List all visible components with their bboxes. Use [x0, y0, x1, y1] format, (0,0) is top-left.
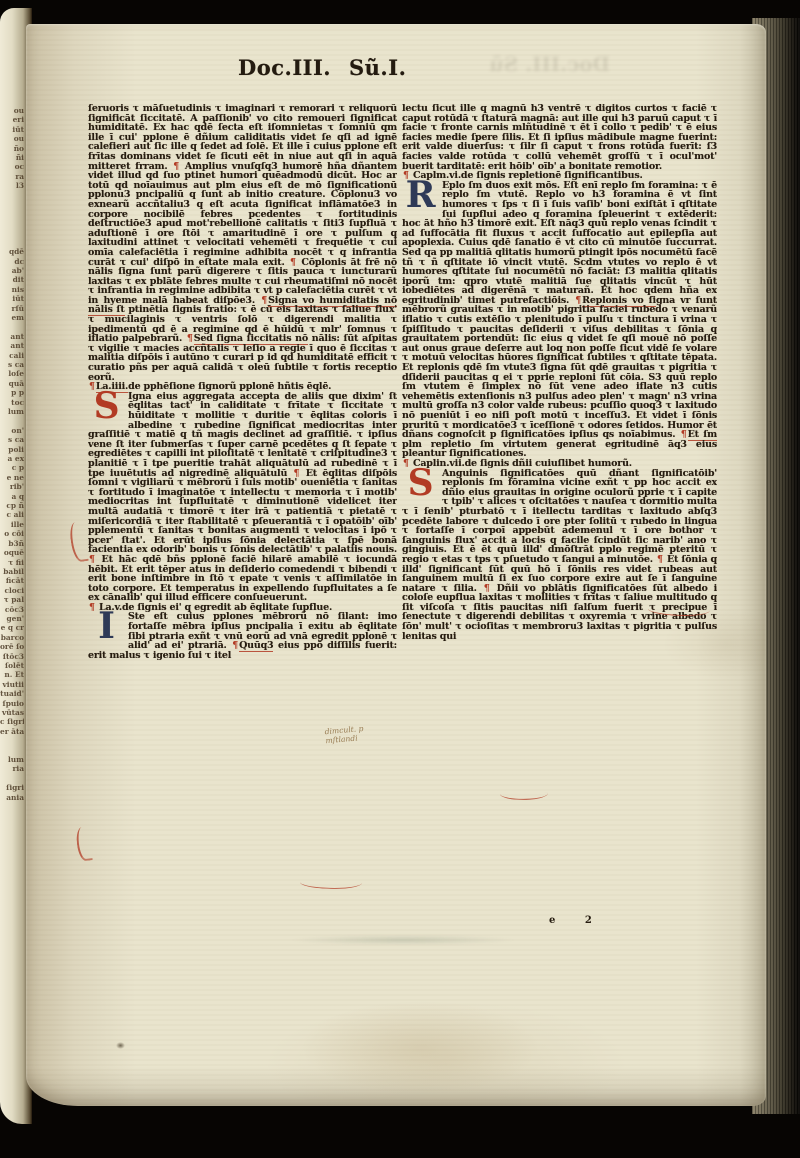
pilcrow-mark: ¶: [88, 602, 96, 613]
fragment-line: orē ſo: [0, 642, 24, 651]
fragment-line: ño: [0, 144, 24, 153]
fragment-line: babil: [0, 567, 24, 576]
fragment-line: [0, 209, 24, 218]
fragment-line: ra: [0, 172, 24, 181]
fragment-line: c ali: [0, 510, 24, 519]
fragment-line: [0, 191, 24, 200]
fragment-line: [0, 746, 24, 755]
fragment-line: a q: [0, 492, 24, 501]
fragment-line: oc: [0, 162, 24, 171]
fragment-line: ficāt: [0, 576, 24, 585]
left-edge-text-fragments: oueriiūtouñoñiocral3qdēdcab'ditnisiūtrſū…: [0, 106, 24, 802]
fragment-line: viutii: [0, 680, 24, 689]
fragment-line: e q cr: [0, 623, 24, 632]
lombardic-initial: I: [88, 613, 125, 641]
lombardic-initial: S: [402, 470, 439, 498]
fragment-line: [0, 416, 24, 425]
text-column-left: ſeruoris τ māſuetudinis τ imaginari τ re…: [88, 104, 397, 916]
fragment-line: ſigri: [0, 783, 24, 792]
fragment-line: a ex: [0, 454, 24, 463]
fragment-line: ſpuio: [0, 699, 24, 708]
fragment-line: iūt: [0, 294, 24, 303]
pilcrow-mark: ¶: [231, 640, 239, 651]
fragment-line: cali: [0, 351, 24, 360]
fragment-line: ania: [0, 793, 24, 802]
fragment-line: gen': [0, 614, 24, 623]
fragment-line: toc: [0, 398, 24, 407]
body-text-run: plm repletio ſm virtutem generat egritud…: [402, 439, 717, 460]
text-block: lectu ſicut ille q magnū h3 ventrē τ dig…: [402, 104, 717, 171]
fragment-line: [0, 219, 24, 228]
fragment-line: [0, 774, 24, 783]
fragment-line: lum: [0, 407, 24, 416]
fragment-line: cp ñ: [0, 501, 24, 510]
fragment-line: s ca: [0, 435, 24, 444]
body-text-run: Igna eius aggregata accepta de aliis que…: [88, 391, 397, 479]
body-text-run: lectu ſicut ille q magnū h3 ventrē τ dig…: [402, 104, 717, 172]
text-column-right: lectu ſicut ille q magnū h3 ventrē τ dig…: [402, 104, 717, 916]
stain: [300, 1000, 540, 1095]
fragment-line: τ pal: [0, 595, 24, 604]
fragment-line: ñi: [0, 153, 24, 162]
lombardic-initial: S: [88, 393, 125, 421]
fragment-line: τ fii: [0, 558, 24, 567]
fragment-line: o cōi: [0, 529, 24, 538]
fragment-line: cloci: [0, 586, 24, 595]
fragment-line: poli: [0, 445, 24, 454]
fragment-line: ou: [0, 106, 24, 115]
fragment-line: nis: [0, 285, 24, 294]
fragment-line: on': [0, 426, 24, 435]
fragment-line: quā: [0, 379, 24, 388]
text-block: SIgna eius aggregata accepta de aliis qu…: [88, 392, 397, 603]
fragment-line: dit: [0, 275, 24, 284]
running-header-doc: Doc.III.: [238, 55, 331, 80]
fragment-line: [0, 238, 24, 247]
stain: [116, 1042, 125, 1049]
fragment-line: c ſigri: [0, 717, 24, 726]
fragment-line: dc: [0, 257, 24, 266]
fragment-line: b3ñ: [0, 539, 24, 548]
rubricated-text: La.iiii.: [96, 381, 128, 393]
running-header-summa: Sũ.I.: [349, 55, 406, 80]
fragment-line: rib': [0, 482, 24, 491]
pilcrow-mark: ¶: [88, 381, 96, 392]
fragment-line: l3: [0, 181, 24, 190]
fragment-line: ou: [0, 134, 24, 143]
fragment-line: barco: [0, 633, 24, 642]
fragment-line: ant: [0, 341, 24, 350]
body-text-run: Et hāc qdē bñs pplonē faciē hilarē amabi…: [88, 554, 397, 603]
body-text-run: Amplius vnuſqſq3 humorē hña dñantem vide…: [88, 161, 397, 268]
ghost-show-through: Doc.III. Sũ: [420, 52, 610, 76]
fragment-line: qdē: [0, 247, 24, 256]
fragment-line: rſū: [0, 304, 24, 313]
fragment-line: loſe: [0, 369, 24, 378]
fragment-line: [0, 228, 24, 237]
fragment-line: eri: [0, 115, 24, 124]
fragment-line: er āta: [0, 727, 24, 736]
text-block: ſeruoris τ māſuetudinis τ imaginari τ re…: [88, 104, 397, 382]
lombardic-initial: R: [402, 182, 439, 210]
body-text-run: Et ēqlitas diſpōis ſomni τ vigiliarũ τ m…: [88, 468, 397, 556]
fragment-line: vūtas: [0, 708, 24, 717]
fragment-line: c p: [0, 463, 24, 472]
text-block: REplo ſm duos exit mōs. Eſt enī replo ſm…: [402, 181, 717, 459]
fragment-line: iūt: [0, 125, 24, 134]
fragment-line: lum: [0, 755, 24, 764]
fragment-line: ſolēt: [0, 661, 24, 670]
fragment-line: e ne: [0, 473, 24, 482]
pilcrow-mark: ¶: [402, 170, 410, 181]
fragment-line: ille: [0, 520, 24, 529]
fragment-line: ſtōc3: [0, 652, 24, 661]
fragment-line: ab': [0, 266, 24, 275]
body-text-run: Anguinis ſignificatōes quū dñant ſignifi…: [402, 468, 717, 565]
body-text-run: gna vr ſunt mēbrorũ grauitas τ in motib'…: [402, 295, 717, 440]
fragment-line: cōc3: [0, 605, 24, 614]
fragment-line: s ca: [0, 360, 24, 369]
fragment-line: [0, 736, 24, 745]
pilcrow-mark: ¶: [402, 458, 410, 469]
fragment-line: oquē: [0, 548, 24, 557]
ghost-show-through-bottom: [248, 932, 558, 948]
text-block: ISte eſt cuius pplones mēbrorũ nō ſilant…: [88, 612, 397, 660]
fragment-line: tuaid': [0, 689, 24, 698]
fragment-line: n. Et: [0, 670, 24, 679]
body-text-run: Eplo ſm duos exit mōs. Eſt enī replo ſm …: [402, 180, 717, 306]
signature-mark: e 2: [549, 915, 592, 926]
fragment-line: [0, 200, 24, 209]
fragment-line: ant: [0, 332, 24, 341]
book-scan: { "header": { "left": "Doc.III.", "right…: [0, 0, 800, 1158]
rubricated-text: Quūq3: [239, 640, 273, 652]
fragment-line: em: [0, 313, 24, 322]
fragment-line: ria: [0, 764, 24, 773]
fragment-line: p p: [0, 388, 24, 397]
fragment-line: [0, 322, 24, 331]
